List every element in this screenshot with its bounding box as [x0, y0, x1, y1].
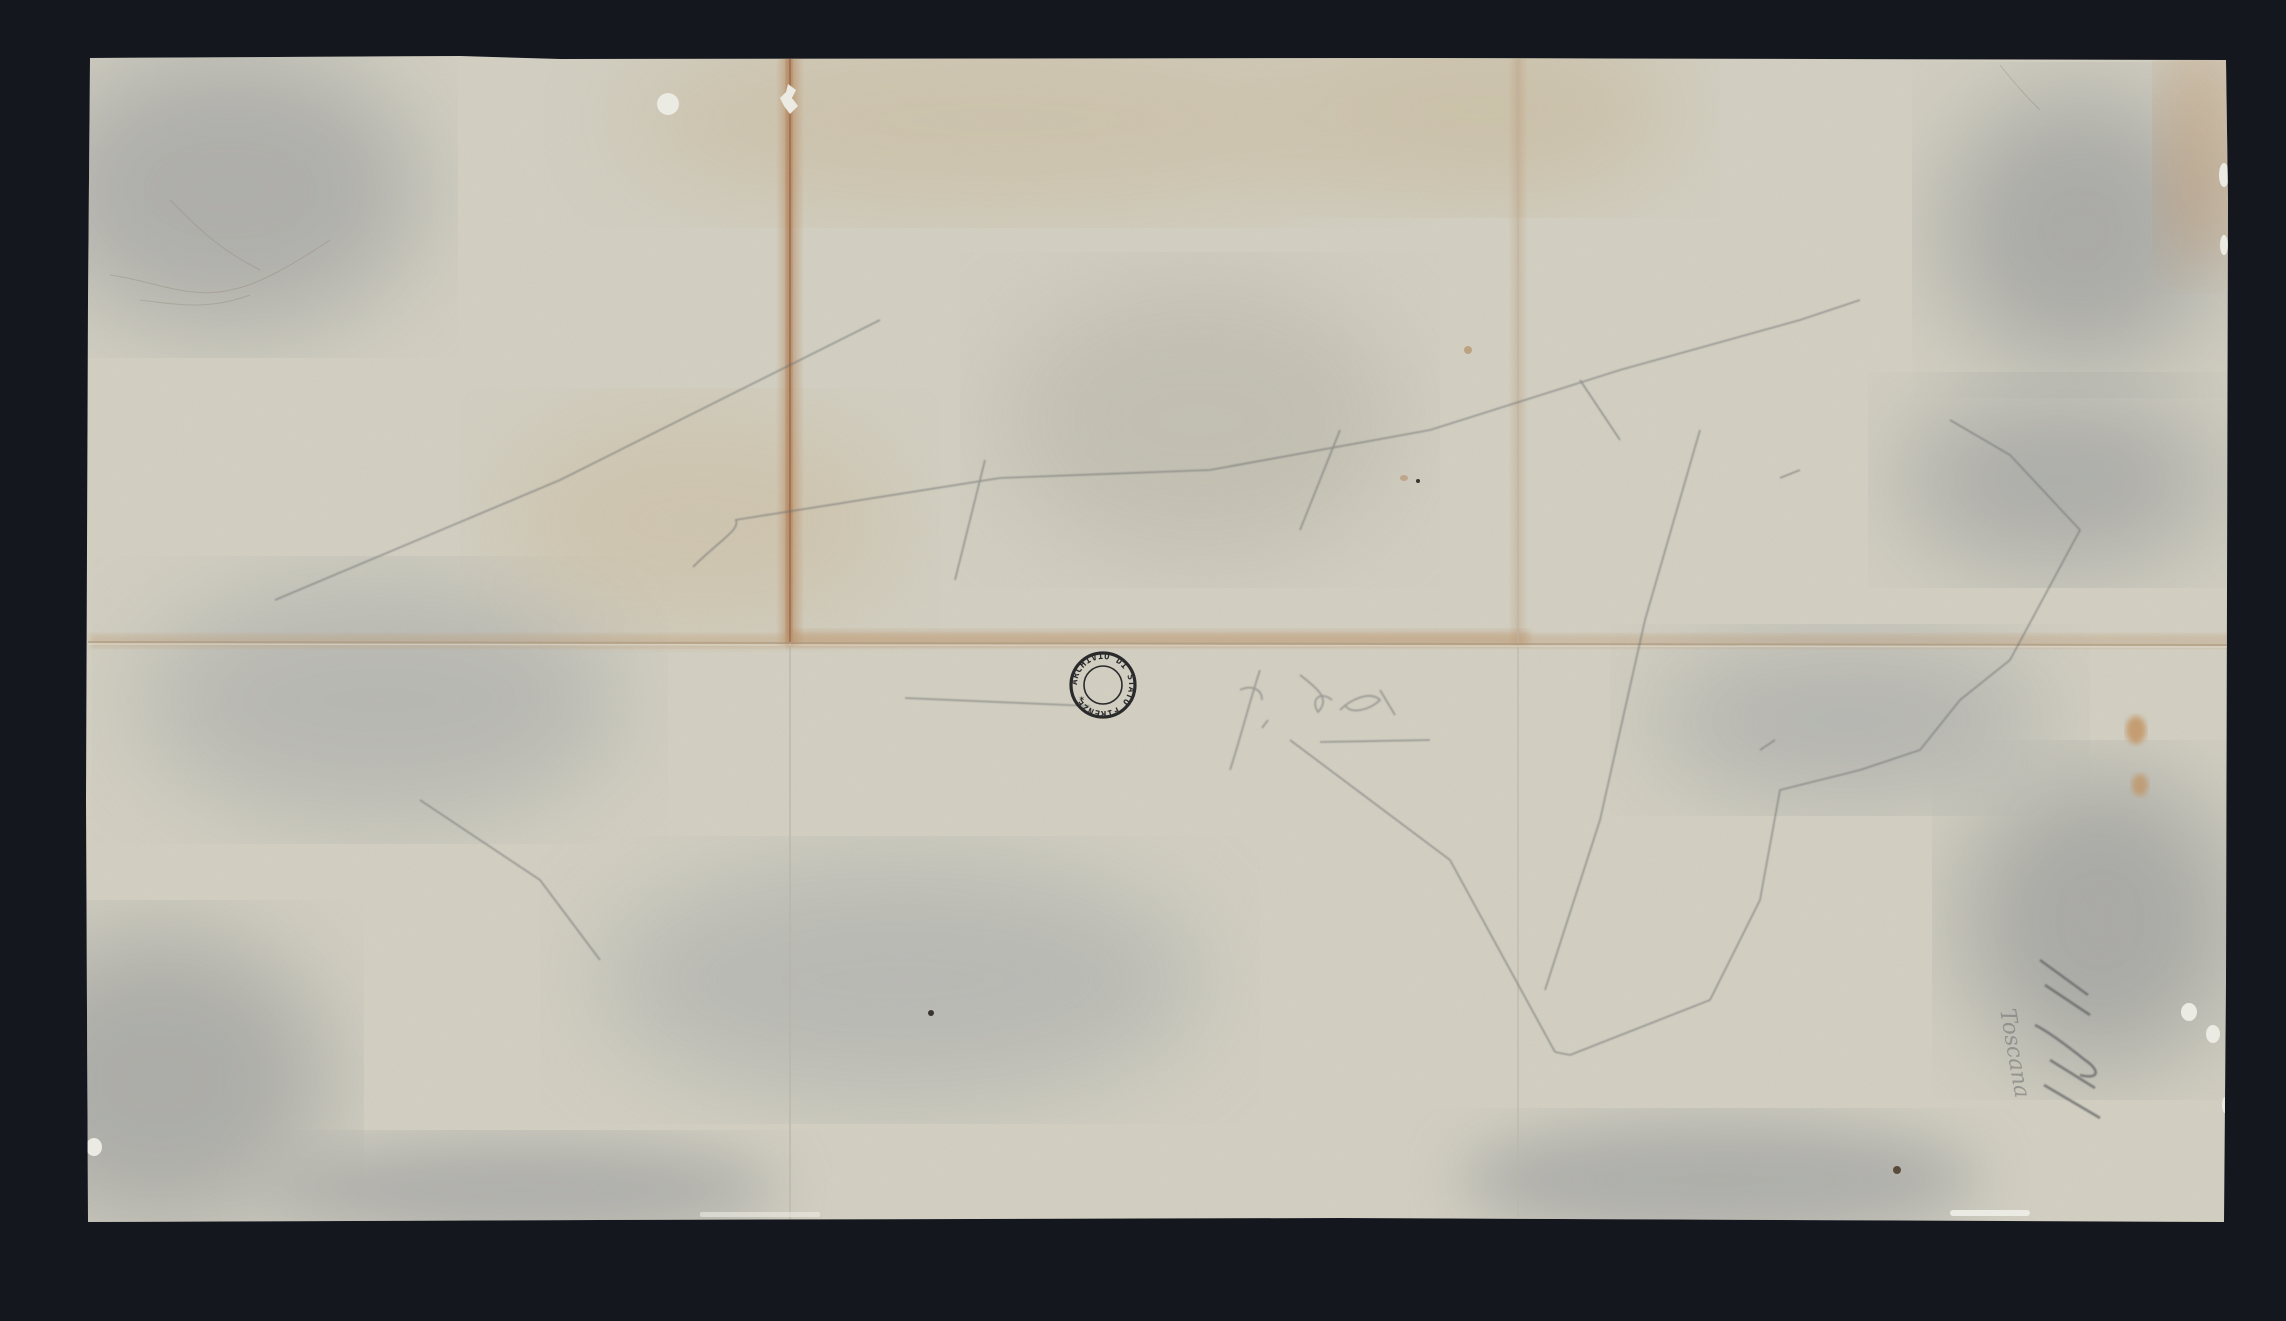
paper-sheet: Toscana	[0, 0, 2286, 1321]
document-scan: Toscana	[0, 0, 2286, 1321]
paper-grain	[0, 0, 2286, 1321]
stamp-star: *	[1079, 696, 1085, 706]
